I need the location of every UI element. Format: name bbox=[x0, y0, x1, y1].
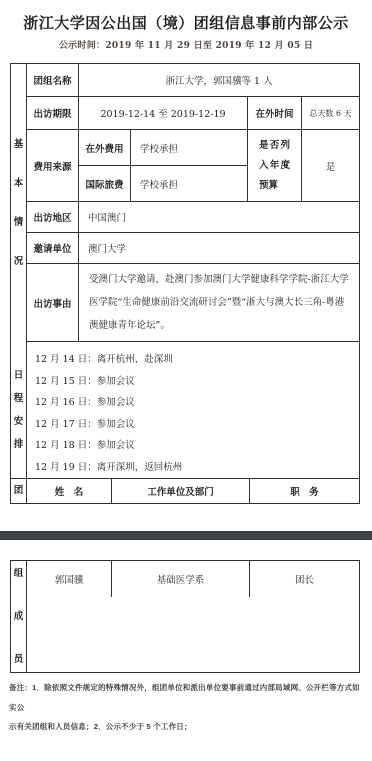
region-label: 出访地区 bbox=[27, 202, 79, 232]
member-role: 团长 bbox=[250, 561, 359, 597]
notice-table-page1: 基本情况 团组名称 浙江大学，郭国骥等 1 人 出访期限 2019-12-14 … bbox=[10, 63, 360, 504]
member-name: 郭国骥 bbox=[27, 561, 112, 597]
publicity-period: 公示时间：2019 年 11 月 29 日至 2019 年 12 月 05 日 bbox=[0, 38, 372, 51]
notice-table-page2: 组成员 郭国骥 基础医学系 团长 bbox=[10, 560, 360, 673]
schedule-item: 12 月 17 日：参加会议 bbox=[35, 414, 359, 436]
page-title: 浙江大学因公出国（境）团组信息事前内部公示 bbox=[0, 12, 372, 33]
budget-label: 是否列入年度预算 bbox=[259, 136, 290, 196]
member-header-name: 姓 名 bbox=[27, 479, 112, 503]
inviter-label: 邀请单位 bbox=[27, 233, 79, 263]
schedule-item: 12 月 14 日：离开杭州，赴深圳 bbox=[35, 349, 359, 371]
budget-value: 是 bbox=[302, 130, 359, 201]
schedule-item: 12 月 19 日：离开深圳，返回杭州 bbox=[35, 457, 359, 479]
funding-abroad-subrow: 在外费用 学校承担 bbox=[79, 130, 247, 166]
members-section-label-page1: 团 bbox=[13, 485, 24, 497]
inviter-value: 澳门大学 bbox=[79, 233, 359, 263]
schedule-item: 12 月 18 日：参加会议 bbox=[35, 435, 359, 457]
member-header-role: 职 务 bbox=[250, 479, 359, 503]
member-row: 郭国骥 基础医学系 团长 bbox=[27, 561, 359, 597]
page-separator-band bbox=[0, 531, 372, 540]
funding-abroad-label: 在外费用 bbox=[79, 130, 131, 165]
basic-info-rows: 团组名称 浙江大学，郭国骥等 1 人 出访期限 2019-12-14 至 201… bbox=[27, 64, 359, 342]
schedule-item: 12 月 15 日：参加会议 bbox=[35, 371, 359, 393]
footer-note-line2: 示有关团组和人员信息；2．公示不少于 5 个工作日； bbox=[9, 717, 365, 737]
funding-subrows: 在外费用 学校承担 国际旅费 学校承担 bbox=[79, 130, 248, 201]
abroad-time-label: 在外时间 bbox=[248, 97, 302, 129]
basic-info-section-label-cell: 基本情况 bbox=[11, 64, 27, 342]
group-name-label: 团组名称 bbox=[27, 64, 79, 96]
members-section-label-page2: 组成员 bbox=[13, 552, 24, 681]
group-name-value: 浙江大学，郭国骥等 1 人 bbox=[79, 64, 359, 96]
members-rows: 郭国骥 基础医学系 团长 bbox=[27, 561, 359, 672]
funding-intl-value: 学校承担 bbox=[131, 166, 247, 201]
reason-row: 出访事由 受澳门大学邀请，赴澳门参加澳门大学健康科学学院-浙江大学医学院“生命健… bbox=[27, 264, 359, 342]
schedule-item: 12 月 16 日：参加会议 bbox=[35, 392, 359, 414]
funding-intl-label: 国际旅费 bbox=[79, 166, 131, 201]
funding-intl-subrow: 国际旅费 学校承担 bbox=[79, 166, 247, 201]
funding-abroad-value: 学校承担 bbox=[131, 130, 247, 165]
group-name-row: 团组名称 浙江大学，郭国骥等 1 人 bbox=[27, 64, 359, 97]
funding-row: 费用来源 在外费用 学校承担 国际旅费 学校承担 是否列入年度预算 是 bbox=[27, 130, 359, 202]
visit-period-row: 出访期限 2019-12-14 至 2019-12-19 在外时间 总天数 6 … bbox=[27, 97, 359, 130]
schedule-list: 12 月 14 日：离开杭州，赴深圳 12 月 15 日：参加会议 12 月 1… bbox=[27, 342, 359, 478]
budget-label-cell: 是否列入年度预算 bbox=[248, 130, 302, 201]
funding-label: 费用来源 bbox=[27, 130, 79, 201]
member-header-unit: 工作单位及部门 bbox=[112, 479, 250, 503]
footer-note-line1: 备注：1．除依照文件规定的特殊情况外，组团单位和派出单位要事前通过内部局域网、公… bbox=[9, 678, 365, 717]
schedule-section-label-cell: 日程安排 bbox=[11, 342, 27, 478]
members-section-label-cell-page2: 组成员 bbox=[11, 561, 27, 672]
abroad-days-value: 总天数 6 天 bbox=[302, 97, 359, 129]
schedule-section-label: 日程安排 bbox=[13, 364, 24, 456]
region-value: 中国澳门 bbox=[79, 202, 359, 232]
schedule-section: 日程安排 12 月 14 日：离开杭州，赴深圳 12 月 15 日：参加会议 1… bbox=[11, 342, 359, 479]
reason-label: 出访事由 bbox=[27, 264, 79, 341]
visit-period-value: 2019-12-14 至 2019-12-19 bbox=[79, 97, 248, 129]
basic-info-section: 基本情况 团组名称 浙江大学，郭国骥等 1 人 出访期限 2019-12-14 … bbox=[11, 64, 359, 342]
member-unit: 基础医学系 bbox=[112, 561, 250, 597]
visit-period-label: 出访期限 bbox=[27, 97, 79, 129]
inviter-row: 邀请单位 澳门大学 bbox=[27, 233, 359, 264]
footer-note: 备注：1．除依照文件规定的特殊情况外，组团单位和派出单位要事前通过内部局域网、公… bbox=[9, 678, 365, 737]
members-header-section: 团 姓 名 工作单位及部门 职 务 bbox=[11, 479, 359, 503]
members-section-label-cell-page1: 团 bbox=[11, 479, 27, 503]
reason-value: 受澳门大学邀请，赴澳门参加澳门大学健康科学学院-浙江大学医学院“生命健康前沿交流… bbox=[79, 264, 359, 341]
region-row: 出访地区 中国澳门 bbox=[27, 202, 359, 233]
basic-info-section-label: 基本情况 bbox=[13, 125, 24, 281]
